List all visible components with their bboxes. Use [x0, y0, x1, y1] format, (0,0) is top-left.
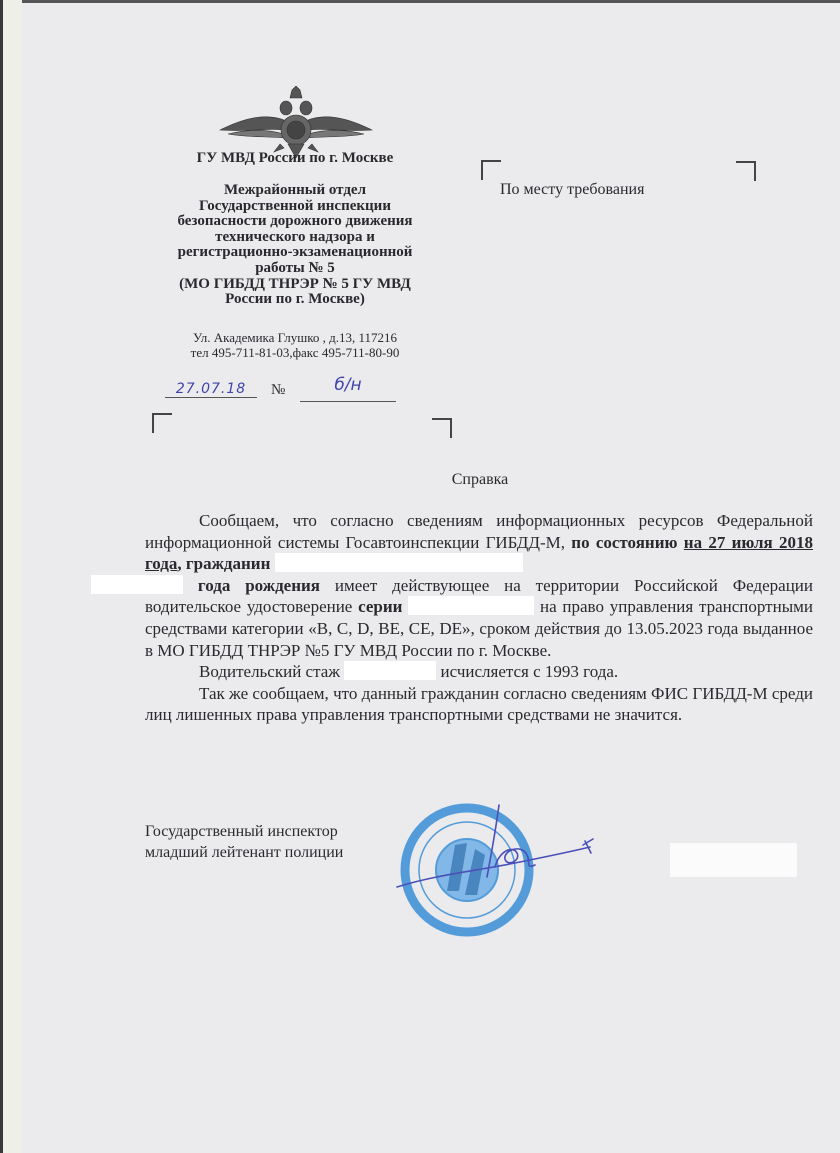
redacted-birth-year — [91, 575, 183, 594]
scan-edge-left — [0, 0, 22, 1153]
signer-position: Государственный инспектор — [145, 821, 343, 842]
reference-number: б/н — [300, 375, 396, 402]
department-line: Межрайонный отдел — [160, 183, 430, 199]
reference-line: 27.07.18 № б/н — [165, 381, 405, 405]
department-line: регистрационно-экзаменационной — [160, 245, 430, 261]
organization-address: Ул. Академика Глушко , д.13, 117216 тел … — [160, 330, 430, 360]
official-stamp-icon — [395, 795, 595, 975]
department-line: безопасности дорожного движения — [160, 214, 430, 230]
paragraph-no-deprivation: Так же сообщаем, что данный гражданин со… — [145, 683, 813, 726]
reference-date: 27.07.18 — [165, 381, 257, 398]
subject-corner-mark — [432, 418, 452, 438]
paragraph-license-info: Сообщаем, что согласно сведениям информа… — [145, 510, 813, 661]
redacted-name — [275, 553, 523, 572]
paragraph-driving-experience: Водительский стаж исчисляется с 1993 год… — [145, 661, 813, 683]
phone-fax: тел 495-711-81-03,факс 495-711-80-90 — [160, 345, 430, 360]
signature-block: Государственный инспектор младший лейтен… — [145, 821, 343, 863]
department-line: работы № 5 — [160, 261, 430, 277]
scan-edge-top — [0, 0, 840, 3]
document-body: Сообщаем, что согласно сведениям информа… — [145, 510, 813, 726]
addressee: По месту требования — [500, 181, 644, 199]
signer-rank: младший лейтенант полиции — [145, 842, 343, 863]
organization-name: ГУ МВД России по г. Москве — [160, 150, 430, 167]
subject-corner-mark — [152, 413, 172, 433]
redacted-signer-name — [670, 843, 797, 877]
reference-number-label: № — [271, 382, 285, 399]
addressee-corner-mark — [481, 160, 501, 180]
department-name: Межрайонный отдел Государственной инспек… — [160, 183, 430, 308]
street-address: Ул. Академика Глушко , д.13, 117216 — [160, 330, 430, 345]
redacted-name-short — [344, 661, 436, 680]
department-line: Государственной инспекции — [160, 199, 430, 215]
addressee-corner-mark — [736, 161, 756, 181]
document-title: Справка — [0, 471, 840, 489]
double-headed-eagle-emblem-icon — [218, 86, 374, 158]
department-line: России по г. Москве) — [160, 292, 430, 308]
redacted-license-series — [408, 596, 534, 615]
department-line: технического надзора и — [160, 230, 430, 246]
department-line: (МО ГИБДД ТНРЭР № 5 ГУ МВД — [160, 277, 430, 293]
